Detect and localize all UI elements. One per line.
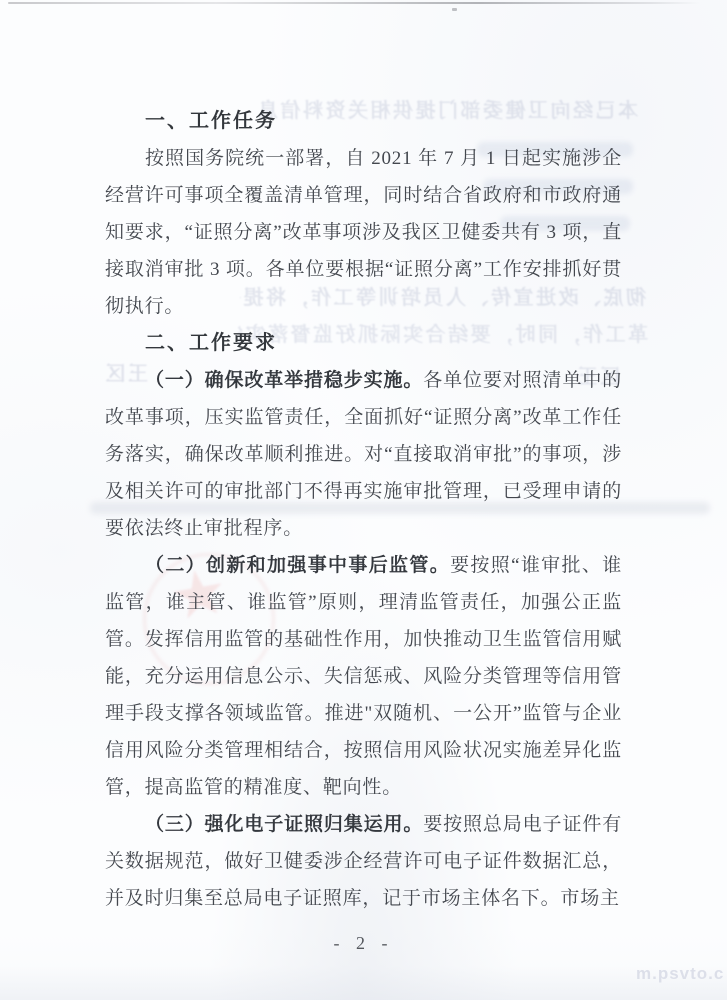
paragraph-requirement-3: （三）强化电子证照归集运用。要按照总局电子证件有关数据规范，做好卫健委涉企经营许… (105, 806, 622, 917)
watermark: m.psvto.c (636, 964, 724, 984)
subsection-title-1: （一）确保改革举措稳步实施。 (145, 370, 423, 391)
paragraph-tasks: 按照国务院统一部署，自 2021 年 7 月 1 日起实施涉企经营许可事项全覆盖… (105, 140, 622, 325)
subsection-title-3: （三）强化电子证照归集运用。 (145, 814, 423, 835)
scan-speck (452, 8, 457, 11)
scanned-document-page: 本已经向卫健委部门提供相关资料信息 彻底、改进宣传、人员培训等工作，将提供所需 … (0, 0, 727, 1000)
document-body: 一、工作任务 按照国务院统一部署，自 2021 年 7 月 1 日起实施涉企经营… (105, 103, 622, 917)
subsection-body-2: 要按照“谁审批、谁监管，谁主管、谁监管”原则，理清监管责任，加强公正监管。发挥信… (105, 555, 622, 798)
paragraph-requirement-1: （一）确保改革举措稳步实施。各单位要对照清单中的改革事项，压实监管责任，全面抓好… (105, 362, 622, 547)
subsection-body-1: 各单位要对照清单中的改革事项，压实监管责任，全面抓好“证照分离”改革工作任务落实… (105, 370, 622, 539)
scan-edge-line (8, 2, 700, 4)
subsection-title-2: （二）创新和加强事中事后监管。 (145, 555, 450, 576)
paragraph-requirement-2: （二）创新和加强事中事后监管。要按照“谁审批、谁监管，谁主管、谁监管”原则，理清… (105, 547, 622, 806)
page-number: - 2 - (0, 932, 727, 954)
section-heading-tasks: 一、工作任务 (105, 103, 622, 140)
section-heading-requirements: 二、工作要求 (105, 325, 622, 362)
